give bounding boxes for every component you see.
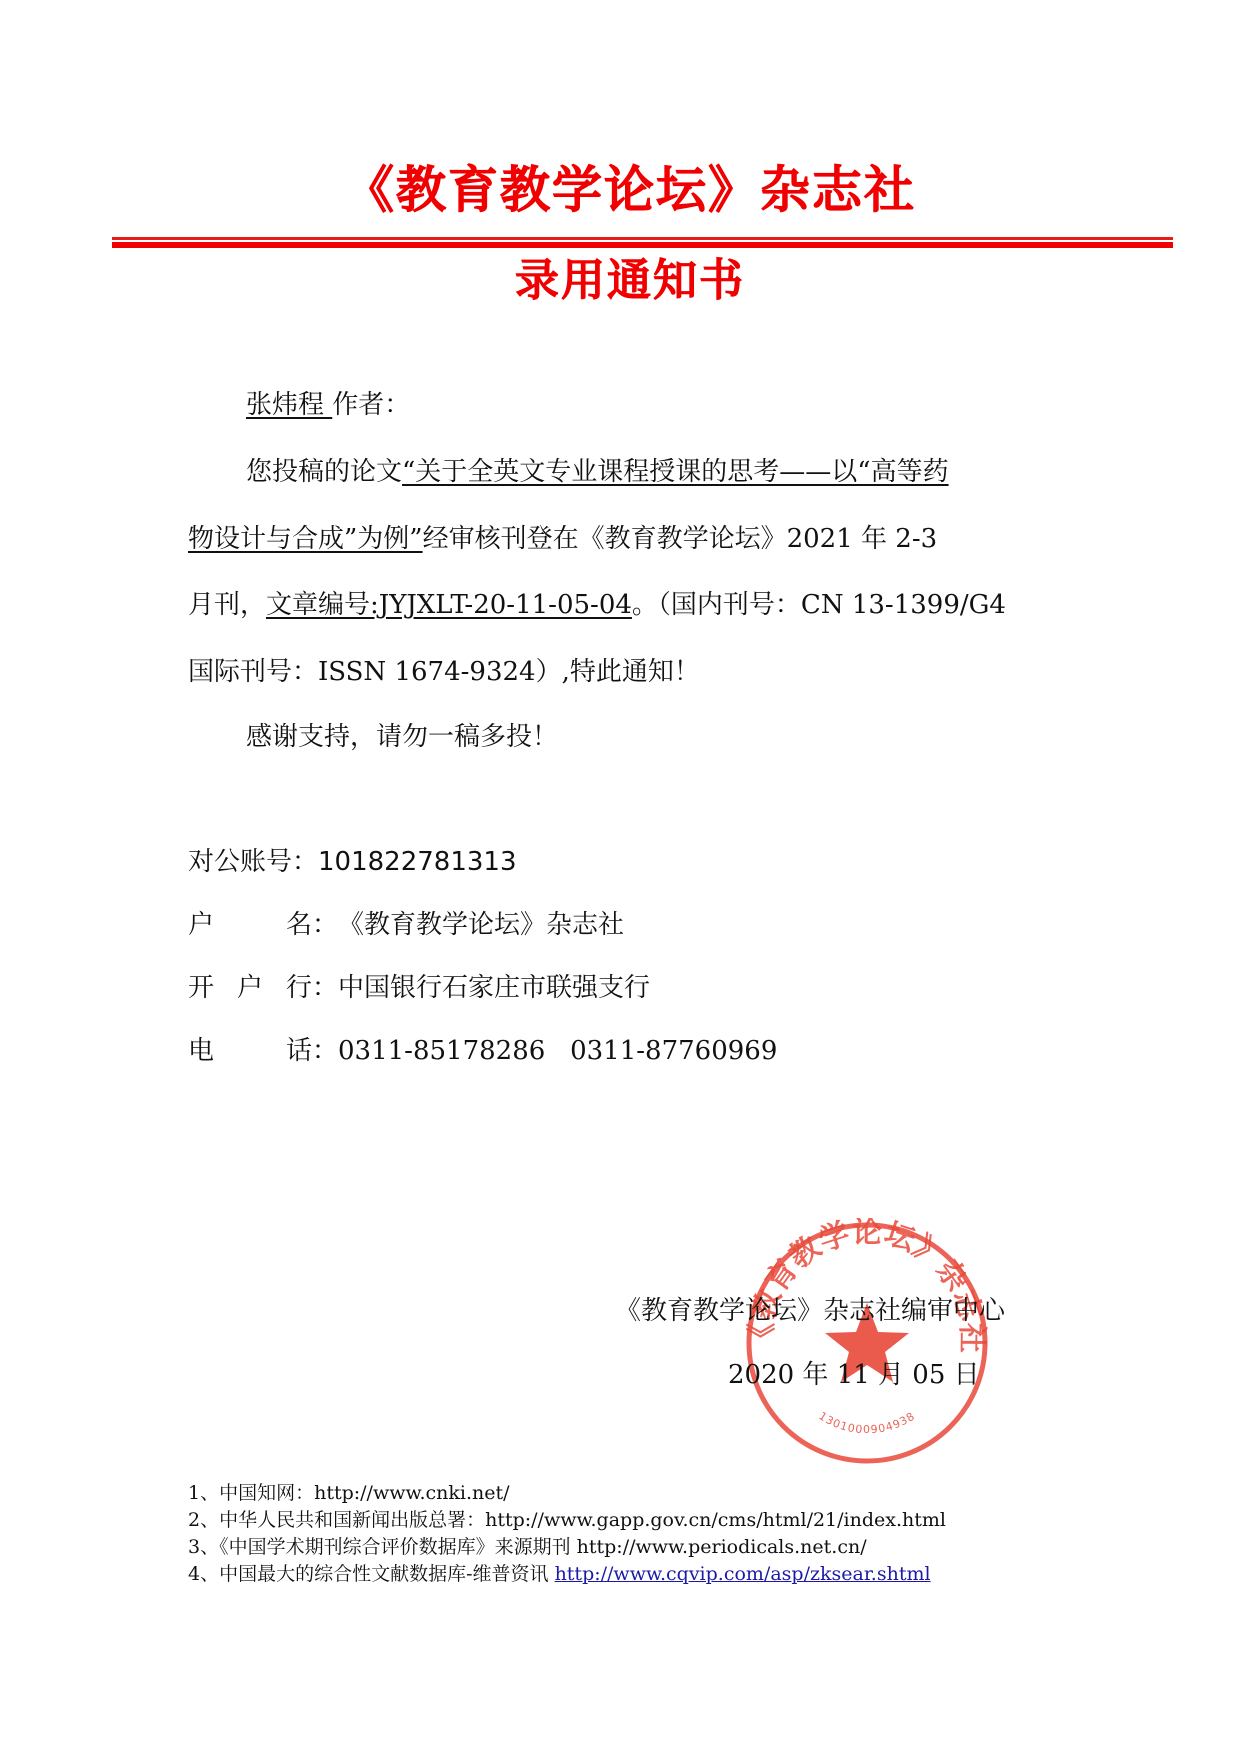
bank-branch-value: 中国银行石家庄市联强支行 — [338, 971, 650, 1005]
footer-item: 1、中国知网：http://www.cnki.net/ — [188, 1480, 946, 1507]
para-text: 经审核刊登在《教育教学论坛》2021 年 2-3 — [423, 524, 938, 554]
document-title: 录用通知书 — [0, 253, 1240, 309]
thanks-line: 感谢支持，请勿一稿多投！ — [246, 720, 558, 754]
footer-item: 3、《中国学术期刊综合评价数据库》来源期刊 http://www.periodi… — [188, 1534, 946, 1561]
para-line-1: 您投稿的论文“关于全英文专业课程授课的思考——以“高等药 — [246, 455, 949, 489]
account-name-label: 户名 — [188, 908, 312, 942]
salutation: 张炜程 作者： — [246, 388, 410, 422]
bank-account-label: 对公账号： — [188, 845, 318, 879]
account-name-row: 户名 ： 《教育教学论坛》杂志社 — [188, 908, 624, 942]
bank-branch-row: 开户行 ： 中国银行石家庄市联强支行 — [188, 971, 650, 1005]
para-text: 您投稿的论文 — [246, 457, 402, 487]
publisher-title: 《教育教学论坛》杂志社 — [0, 158, 1240, 222]
para-line-4: 国际刊号：ISSN 1674-9324）,特此通知！ — [188, 655, 700, 689]
paper-title: “关于全英文专业课程授课的思考——以“高等药 — [402, 457, 949, 487]
bank-branch-label: 开户行 — [188, 971, 312, 1005]
bank-account-value: 101822781313 — [318, 845, 517, 879]
signature-date: 2020 年 11 月 05 日 — [728, 1358, 980, 1392]
phone-value: 0311-85178286 0311-87760969 — [338, 1034, 777, 1068]
author-suffix: 作者： — [332, 390, 410, 420]
bank-account-row: 对公账号： 101822781313 — [188, 845, 517, 879]
para-text: 。（国内刊号：CN 13-1399/G4 — [632, 590, 1006, 620]
para-line-3: 月刊，文章编号:JYJXLT-20-11-05-04。（国内刊号：CN 13-1… — [188, 588, 1006, 622]
header-rule-thick — [112, 242, 1173, 248]
phone-row: 电话 ： 0311-85178286 0311-87760969 — [188, 1034, 777, 1068]
footer-item: 4、中国最大的综合性文献数据库-维普资讯 http://www.cqvip.co… — [188, 1561, 946, 1588]
footer-item: 2、中华人民共和国新闻出版总署：http://www.gapp.gov.cn/c… — [188, 1507, 946, 1534]
official-seal-icon: 《教育教学论坛》杂志社 1301000904938 — [742, 1218, 992, 1468]
phone-label: 电话 — [188, 1034, 312, 1068]
para-line-2: 物设计与合成”为例”经审核刊登在《教育教学论坛》2021 年 2-3 — [188, 522, 937, 556]
cqvip-link[interactable]: http://www.cqvip.com/asp/zksear.shtml — [555, 1563, 931, 1585]
article-number: 文章编号:JYJXLT-20-11-05-04 — [266, 590, 632, 620]
signature-org: 《教育教学论坛》杂志社编审中心 — [615, 1294, 1005, 1328]
footer-references: 1、中国知网：http://www.cnki.net/ 2、中华人民共和国新闻出… — [188, 1480, 946, 1588]
author-name: 张炜程 — [246, 390, 332, 420]
svg-text:1301000904938: 1301000904938 — [816, 1409, 917, 1436]
para-text: 月刊， — [188, 590, 266, 620]
header-rule-thin — [112, 237, 1173, 240]
account-name-value: 《教育教学论坛》杂志社 — [338, 908, 624, 942]
seal-serial: 1301000904938 — [816, 1409, 917, 1436]
paper-title-cont: 物设计与合成”为例” — [188, 524, 423, 554]
